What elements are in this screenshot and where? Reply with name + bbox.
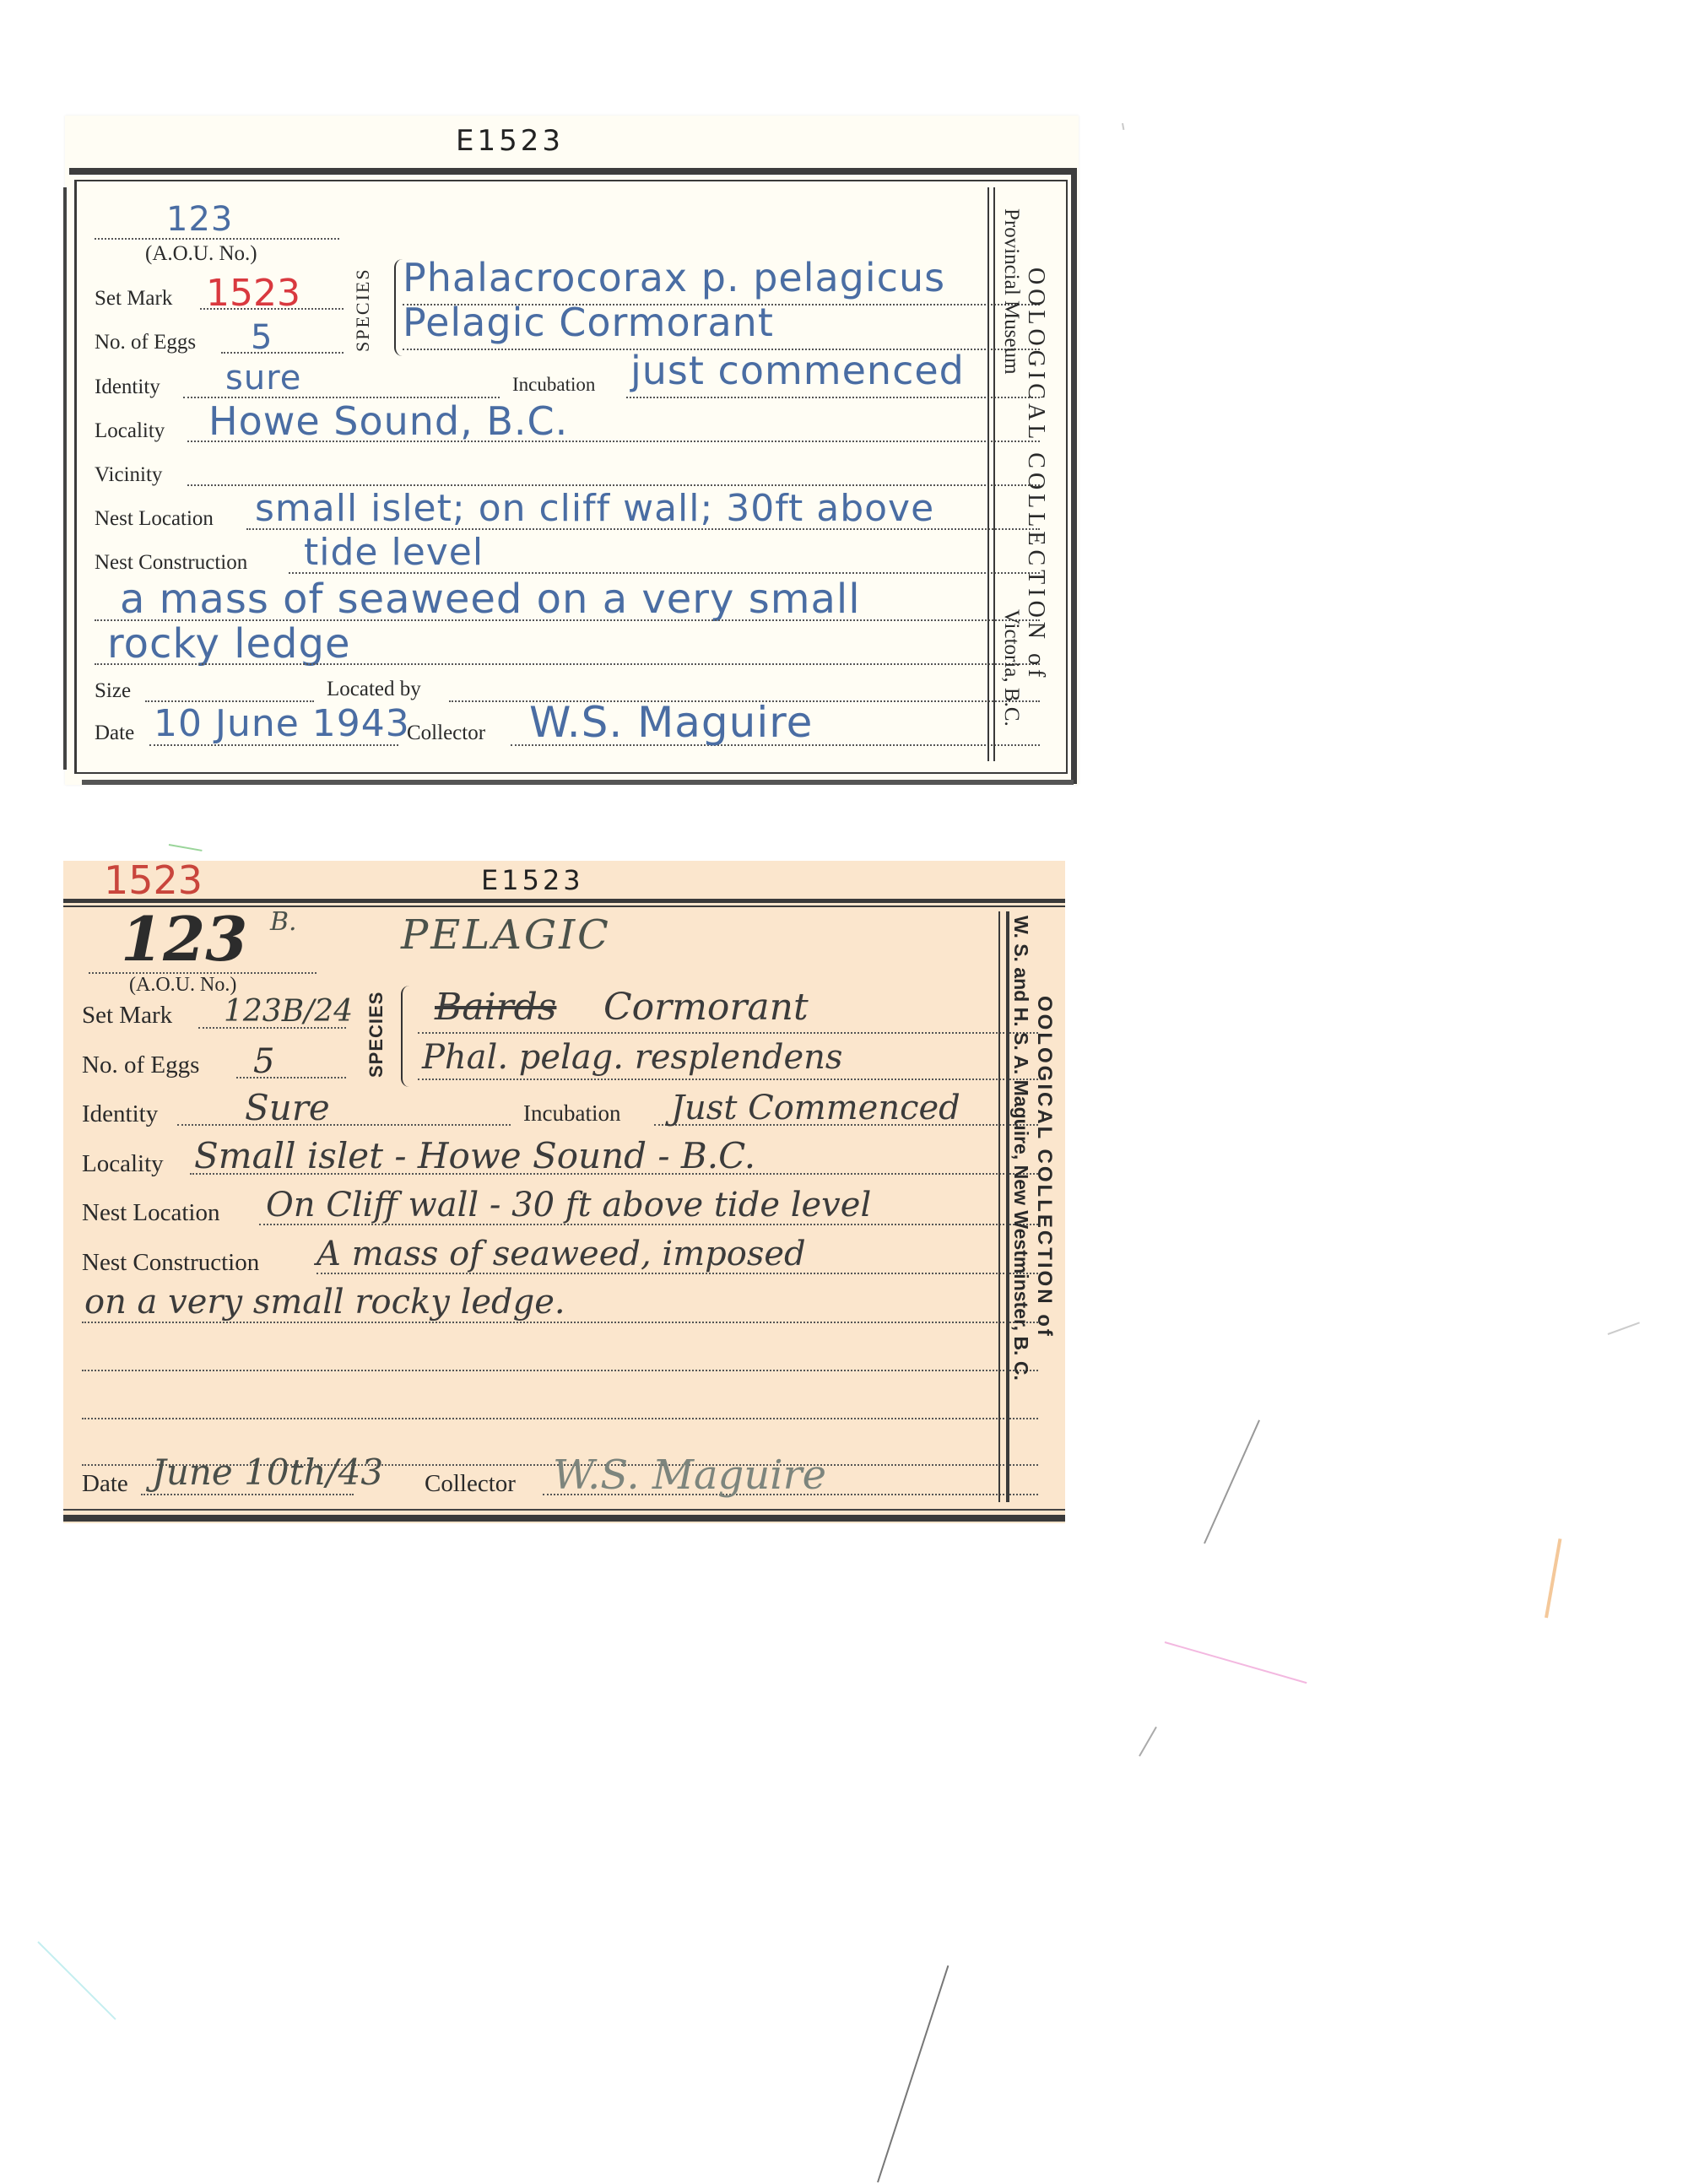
card-edge-shadow (63, 187, 67, 770)
located-by-label: Located by (327, 678, 421, 701)
species-label: SPECIES (352, 268, 374, 352)
incubation-label: Incubation (512, 374, 595, 396)
identity-label: Identity (82, 1100, 158, 1128)
set-mark-value: 123B/24 (224, 994, 353, 1029)
nest-construction-label: Nest Construction (95, 551, 247, 575)
identity-label: Identity (95, 376, 160, 399)
eggs-value: 5 (251, 318, 273, 357)
extra-line-1 (82, 1322, 1038, 1323)
locality-value: Howe Sound, B.C. (208, 398, 568, 444)
catalog-number: E1523 (456, 124, 564, 158)
set-mark-red: 1523 (104, 857, 203, 903)
scan-speck (1122, 123, 1124, 130)
set-mark-value: 1523 (206, 272, 300, 315)
species-scientific: Phalacrocorax p. pelagicus (403, 255, 945, 300)
bottom-rule-thick (63, 1515, 1065, 1522)
data-card-maguire-collection: 1523 E1523 123 B. PELAGIC (A.O.U. No.) S… (63, 861, 1065, 1523)
extra-line-3 (82, 1418, 1038, 1419)
nest-location-cont: tide level (304, 531, 484, 574)
identity-line (177, 1124, 511, 1126)
collection-title: OOLOGICAL COLLECTION of (1032, 996, 1056, 1338)
eggs-label: No. of Eggs (82, 1051, 199, 1079)
locality-value: Small islet - Howe Sound - B.C. (194, 1135, 755, 1176)
date-label: Date (82, 1470, 128, 1498)
collector-value: W.S. Maguire (553, 1451, 826, 1499)
species-line-1: Cormorant (603, 986, 809, 1029)
right-rule (1071, 168, 1077, 784)
species-label: SPECIES (365, 992, 387, 1078)
species-dotted-1 (418, 1032, 1038, 1034)
set-mark-label: Set Mark (82, 1002, 172, 1030)
species-dotted-2 (418, 1078, 1038, 1080)
institution-location: Victoria, B.C. (999, 609, 1023, 727)
aou-line (95, 238, 339, 240)
incubation-value: Just Commenced (671, 1089, 960, 1127)
nest-location-value: small islet; on cliff wall; 30ft above (255, 487, 934, 530)
scan-smudge-orange (1545, 1538, 1561, 1618)
eggs-label: No. of Eggs (95, 331, 196, 354)
collector-label: Collector (425, 1470, 516, 1498)
institution-name: Provincial Museum (999, 208, 1023, 375)
vicinity-label: Vicinity (95, 463, 162, 487)
bottom-rule-thin (63, 1509, 1065, 1511)
scan-line (1608, 1322, 1640, 1335)
scan-line (1204, 1419, 1260, 1543)
catalog-number: E1523 (481, 864, 584, 896)
band-line-1 (987, 187, 989, 761)
collector-value: W.S. Maguire (529, 698, 813, 747)
nest-construction-value-2: rocky ledge (107, 620, 351, 668)
species-struck: Bairds (435, 986, 556, 1029)
collector-label: Collector (407, 722, 485, 745)
species-brace (401, 986, 411, 1087)
nest-construction-value-2: on a very small rocky ledge. (84, 1283, 565, 1322)
size-label: Size (95, 679, 131, 703)
vicinity-line (187, 484, 1040, 486)
aou-label: (A.O.U. No.) (129, 974, 236, 997)
collection-title: OOLOGICAL COLLECTION of (1022, 268, 1049, 681)
aou-suffix: B. (270, 907, 297, 937)
band-line-1 (998, 911, 1000, 1502)
aou-value: 123 (166, 200, 233, 239)
locality-label: Locality (82, 1150, 164, 1178)
nest-construction-label: Nest Construction (82, 1249, 259, 1277)
nest-location-value: On Cliff wall - 30 ft above tide level (266, 1186, 871, 1224)
extra-line-2 (82, 1370, 1038, 1371)
date-line (141, 1494, 354, 1495)
scan-smudge-pink (1165, 1641, 1307, 1684)
collection-owners: W. S. and H. S. A. Maguire, New Westmins… (1009, 916, 1032, 1381)
scan-smudge-cyan (37, 1941, 116, 2019)
species-common: Pelagic Cormorant (403, 300, 774, 345)
nest-location-label: Nest Location (82, 1199, 219, 1227)
incubation-line (626, 397, 1040, 398)
data-card-provincial-museum: E1523 123 (A.O.U. No.) Set Mark 1523 No.… (65, 116, 1079, 785)
top-rule (69, 168, 1077, 175)
locality-label: Locality (95, 419, 165, 443)
bottom-rule (82, 780, 1074, 785)
date-value: June 10th/43 (152, 1451, 383, 1493)
incubation-value: just commenced (630, 348, 965, 393)
scan-line (877, 1965, 949, 2182)
species-annotation: PELAGIC (401, 911, 611, 959)
eggs-line (221, 352, 344, 354)
band-line-2 (993, 187, 995, 761)
species-line-2: Phal. pelag. resplendens (422, 1038, 842, 1077)
extra-line-2 (95, 663, 1040, 665)
eggs-value: 5 (253, 1042, 274, 1081)
scan-line (1139, 1727, 1157, 1757)
nest-location-label: Nest Location (95, 507, 214, 531)
date-value: 10 June 1943 (154, 702, 410, 745)
nest-construction-value-1: A mass of seaweed, imposed (316, 1235, 806, 1273)
identity-value: Sure (245, 1087, 330, 1128)
incubation-label: Incubation (523, 1100, 620, 1127)
scan-smudge-green (169, 844, 203, 851)
aou-value: 123 (121, 903, 247, 975)
set-mark-label: Set Mark (95, 287, 172, 311)
identity-value: sure (225, 359, 301, 397)
date-label: Date (95, 722, 134, 745)
nest-construction-value-1: a mass of seaweed on a very small (120, 576, 861, 623)
aou-label: (A.O.U. No.) (145, 242, 257, 266)
